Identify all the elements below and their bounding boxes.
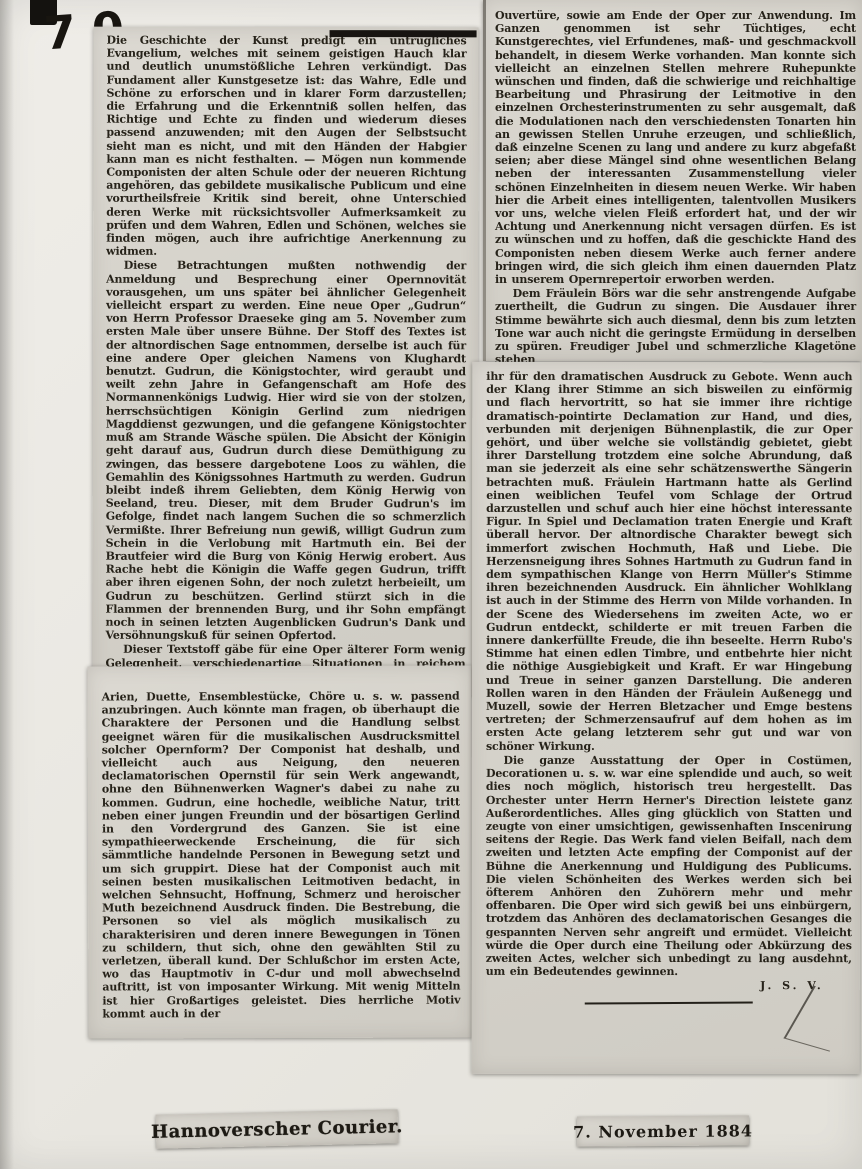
article-paragraph: Ouvertüre, sowie am Ende der Oper zur An… <box>495 9 856 286</box>
newspaper-name: Hannoverscher Courier. <box>151 1116 403 1143</box>
article-paragraph: Diese Betrachtungen mußten nothwendig de… <box>106 259 467 643</box>
article-paragraph: Dem Fräulein Börs war die sehr anstrenge… <box>495 287 856 366</box>
issue-date: 7. November 1884 <box>573 1121 753 1141</box>
date-strip: 7. November 1884 <box>577 1115 749 1146</box>
article-paragraph: ihr für den dramatischen Ausdruck zu Geb… <box>486 370 852 753</box>
newspaper-clipping-right-top: Ouvertüre, sowie am Ende der Oper zur An… <box>483 0 862 361</box>
article-paragraph: Die Geschichte der Kunst predigt ein unt… <box>106 34 466 259</box>
article-end-rule <box>585 1001 753 1004</box>
masthead-strip: Hannoverscher Courier. <box>156 1109 399 1148</box>
newspaper-clipping-left-top: Die Geschichte der Kunst predigt ein unt… <box>92 27 478 696</box>
newspaper-clipping-left-bottom: Arien, Duette, Ensemblestücke, Chöre u. … <box>88 665 473 1038</box>
article-paragraph: Arien, Duette, Ensemblestücke, Chöre u. … <box>102 690 461 1021</box>
newspaper-clipping-right-bottom: ihr für den dramatischen Ausdruck zu Geb… <box>472 362 861 1074</box>
article-paragraph: Die ganze Ausstattung der Oper in Costüm… <box>486 754 852 979</box>
reviewer-signature: J. S. V. <box>760 979 852 992</box>
scanned-page: 70 Die Geschichte der Kunst predigt ein … <box>0 0 862 1169</box>
clipping-top-rule <box>330 30 477 37</box>
